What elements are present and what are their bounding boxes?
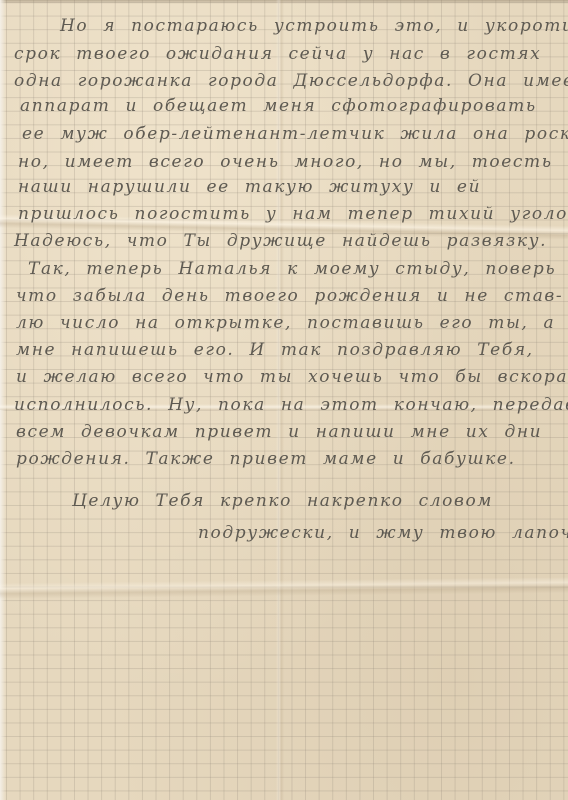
paper-top-edge bbox=[0, 0, 568, 4]
letter-line: ее муж обер-лейтенант-летчик жила она ро… bbox=[22, 124, 568, 144]
letter-line: срок твоего ожидания сейча у нас в гостя… bbox=[14, 44, 541, 64]
letter-line: всем девочкам привет и напиши мне их дни bbox=[16, 422, 542, 442]
letter-line: и желаю всего что ты хочешь что бы вскор… bbox=[16, 367, 568, 387]
letter-line: одна горожанка города Дюссельдорфа. Она … bbox=[14, 71, 568, 91]
horizontal-fold-crease-lower bbox=[0, 577, 568, 599]
letter-line: Так, теперь Наталья к моему стыду, повер… bbox=[28, 259, 556, 279]
letter-line: Но я постараюсь устроить это, и укоротит… bbox=[60, 16, 568, 36]
paper-left-edge bbox=[0, 0, 6, 800]
letter-line: аппарат и обещает меня сфотографировать bbox=[20, 96, 537, 116]
letter-line: что забыла день твоего рождения и не ста… bbox=[16, 286, 563, 306]
closing-line: Целую Тебя крепко накрепко словом bbox=[72, 491, 493, 511]
closing-line: подружески, и жму твою лапочку bbox=[198, 523, 568, 543]
letter-line: мне напишешь его. И так поздравляю Тебя, bbox=[16, 340, 534, 360]
letter-line: пришлось погостить у нам тепер тихий уго… bbox=[18, 204, 568, 224]
letter-line: рождения. Также привет маме и бабушке. bbox=[16, 449, 516, 469]
letter-line: лю число на открытке, поставишь его ты, … bbox=[16, 313, 555, 333]
letter-page: Но я постараюсь устроить это, и укоротит… bbox=[0, 0, 568, 800]
letter-line: Надеюсь, что Ты дружище найдешь развязку… bbox=[14, 231, 547, 251]
letter-line: но, имеет всего очень много, но мы, тоес… bbox=[18, 152, 553, 172]
letter-line: исполнилось. Ну, пока на этот кончаю, пе… bbox=[14, 395, 568, 415]
letter-line: наши нарушили ее такую житуху и ей bbox=[18, 177, 481, 197]
